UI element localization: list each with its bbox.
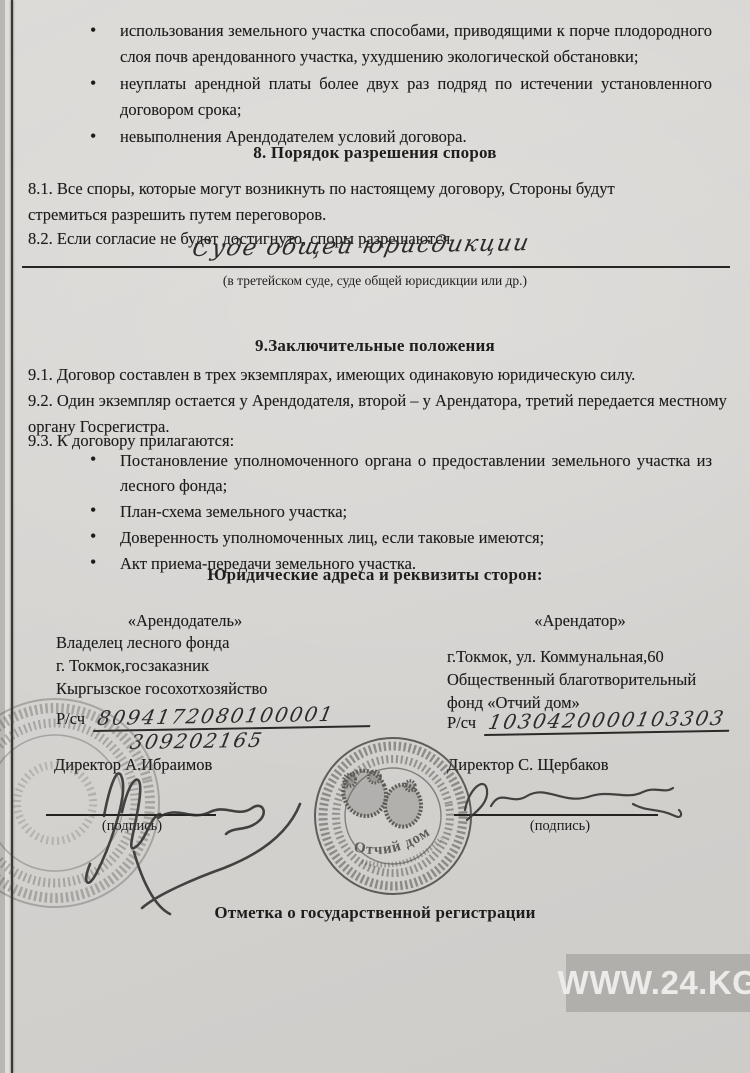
svg-text:Отчий дом: Отчий дом [349, 823, 435, 865]
clause-8-1: 8.1. Все споры, которые могут возникнуть… [28, 176, 693, 228]
lessee-signature-scribble [443, 766, 688, 836]
lessor-round-stamp [0, 688, 185, 923]
attachments-list: Постановление уполномоченного органа о п… [88, 448, 712, 577]
blank-line-caption: (в третейском суде, суде общей юрисдикци… [0, 272, 750, 289]
section-9-heading: 9.Заключительные положения [0, 336, 750, 356]
orphanage-round-stamp: Отчий дом [308, 726, 478, 906]
stamp-bear-icon [334, 755, 430, 842]
lessor-line: г. Токмок,госзаказник [56, 654, 396, 677]
document-page: использования земельного участка способа… [0, 0, 750, 1073]
stamp-center-text: Отчий дом [349, 823, 435, 865]
lessor-line: Владелец лесного фонда [56, 631, 396, 654]
section-8-heading: 8. Порядок разрешения споров [0, 143, 750, 163]
termination-item: неуплаты арендной платы более двух раз п… [88, 71, 712, 123]
watermark-text: WWW.24.KG [558, 964, 750, 1002]
lessee-title: «Арендатор» [495, 608, 665, 634]
blank-answer-line [22, 240, 730, 268]
watermark-badge: WWW.24.KG [566, 954, 750, 1012]
requisites-heading: Юридические адреса и реквизиты сторон: [0, 565, 750, 585]
lessee-line: г.Токмок, ул. Коммунальная,60 [447, 645, 747, 668]
registration-heading: Отметка о государственной регистрации [0, 903, 750, 923]
clause-9-1: 9.1. Договор составлен в трех экземпляра… [28, 362, 728, 388]
attachment-item: Доверенность уполномоченных лиц, если та… [88, 525, 712, 550]
termination-item: использования земельного участка способа… [88, 18, 712, 70]
lessee-line: Общественный благотворительный [447, 668, 747, 691]
termination-list: использования земельного участка способа… [88, 18, 712, 151]
attachment-item: План-схема земельного участка; [88, 499, 712, 524]
attachment-item: Постановление уполномоченного органа о п… [88, 448, 712, 498]
lessee-account-number-handwritten: 1030420000103303 [484, 706, 734, 736]
